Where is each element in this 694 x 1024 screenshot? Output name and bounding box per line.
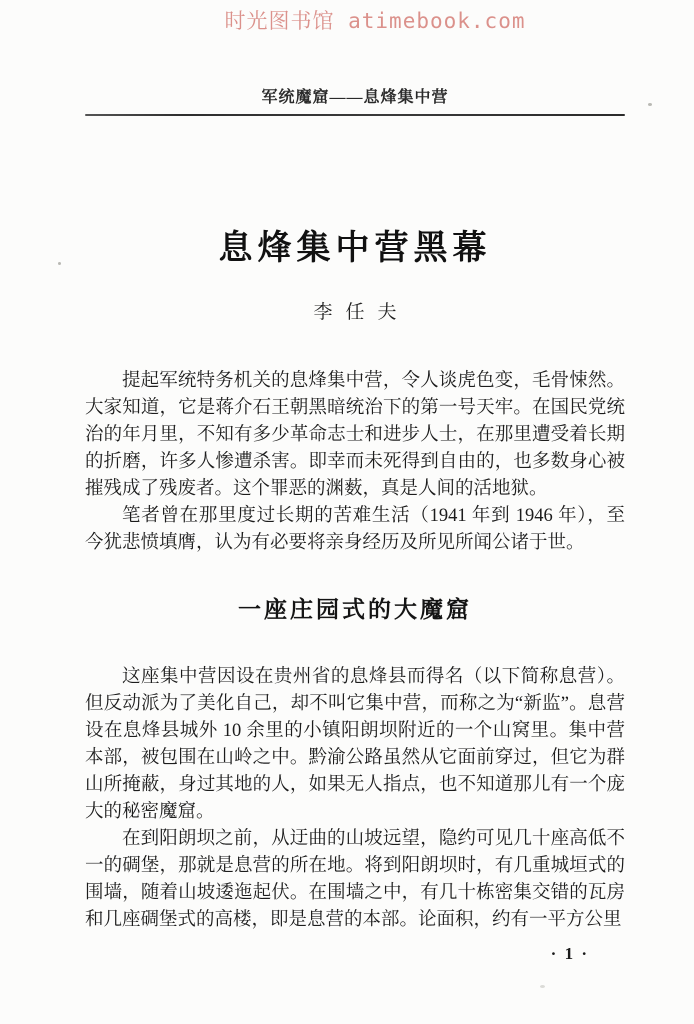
section-heading: 一座庄园式的大魔窟 [85,591,625,624]
article-title: 息烽集中营黑幕 [85,220,625,269]
article-author: 李任夫 [85,297,625,324]
header-rule [85,114,625,116]
scan-speck [58,262,61,265]
scan-speck [540,985,545,988]
page-content: 军统魔窟——息烽集中营 息烽集中营黑幕 李任夫 提起军统特务机关的息烽集中营，令… [0,0,694,964]
paragraph-1: 提起军统特务机关的息烽集中营，令人谈虎色变，毛骨悚然。大家知道，它是蒋介石王朝黑… [85,368,625,503]
paragraph-4: 在到阳朗坝之前，从迂曲的山坡远望，隐约可见几十座高低不一的碉堡，那就是息营的所在… [85,826,625,934]
paragraph-3: 这座集中营因设在贵州省的息烽县而得名（以下简称息营）。但反动派为了美化自己，却不… [85,664,625,826]
paragraph-2: 笔者曾在那里度过长期的苦难生活（1941 年到 1946 年），至今犹悲愤填膺，… [85,503,625,557]
page-number: · 1 · [85,944,625,964]
book-page: 时光图书馆 atimebook.com 军统魔窟——息烽集中营 息烽集中营黑幕 … [0,0,694,1024]
library-watermark: 时光图书馆 atimebook.com [0,5,694,35]
scan-speck [648,103,652,106]
